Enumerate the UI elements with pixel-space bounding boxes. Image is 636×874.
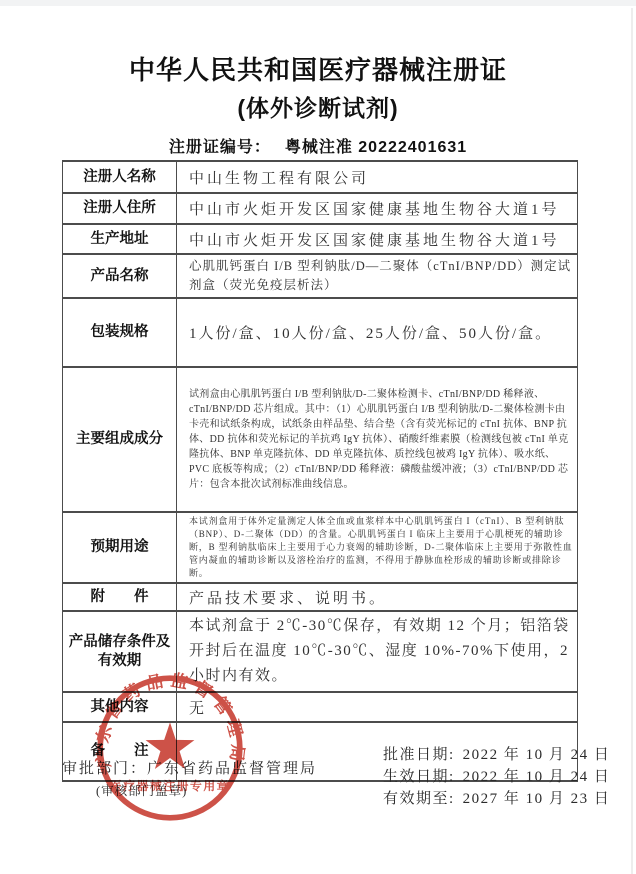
row-value-packaging-spec: 1人份/盒、10人份/盒、25人份/盒、50人份/盒。 <box>177 298 578 367</box>
expiry-date-value: 2027 年 10 月 23 日 <box>463 791 611 807</box>
row-value-storage-validity: 本试剂盒于 2℃-30℃保存，有效期 12 个月；铝箔袋开封后在温度 10℃-3… <box>177 611 578 692</box>
effective-date-line: 生效日期:2022 年 10 月 24 日 <box>383 766 610 788</box>
row-value-main-components: 试剂盒由心肌肌钙蛋白 I/B 型利钠肽/D-二聚体检测卡、cTnI/BNP/DD… <box>177 367 578 512</box>
row-label-intended-use: 预期用途 <box>63 512 177 583</box>
effective-date-value: 2022 年 10 月 24 日 <box>463 769 611 785</box>
effective-date-label: 生效日期: <box>383 769 455 785</box>
row-label-production-address: 生产地址 <box>63 224 177 254</box>
approval-date-label: 批准日期: <box>383 747 455 763</box>
dates-block: 批准日期:2022 年 10 月 24 日 生效日期:2022 年 10 月 2… <box>383 744 610 810</box>
certificate-table: 注册人名称 中山生物工程有限公司 注册人住所 中山市火炬开发区国家健康基地生物谷… <box>62 160 578 782</box>
row-label-attachments: 附 件 <box>63 583 177 611</box>
approval-department-line: 审批部门：广东省药品监督管理局 <box>62 757 317 778</box>
row-label-packaging-spec: 包装规格 <box>63 298 177 367</box>
table-row: 包装规格 1人份/盒、10人份/盒、25人份/盒、50人份/盒。 <box>63 298 578 367</box>
row-value-registrant-name: 中山生物工程有限公司 <box>177 161 578 193</box>
row-value-product-name: 心肌肌钙蛋白 I/B 型利钠肽/D—二聚体（cTnI/BNP/DD）测定试剂盒（… <box>177 254 578 298</box>
row-label-registrant-name: 注册人名称 <box>63 161 177 193</box>
certificate-number-value: 粤械注准 20222401631 <box>285 139 467 156</box>
row-value-intended-use: 本试剂盒用于体外定量测定人体全血或血浆样本中心肌肌钙蛋白 I（cTnI）、B 型… <box>177 512 578 583</box>
row-value-attachments: 产品技术要求、说明书。 <box>177 583 578 611</box>
certificate-number-line: 注册证编号：粤械注准 20222401631 <box>0 134 636 157</box>
registration-certificate-page: 中华人民共和国医疗器械注册证 (体外诊断试剂) 注册证编号：粤械注准 20222… <box>0 0 636 874</box>
table-row: 主要组成成分 试剂盒由心肌肌钙蛋白 I/B 型利钠肽/D-二聚体检测卡、cTnI… <box>63 367 578 512</box>
expiry-date-label: 有效期至: <box>383 791 455 807</box>
table-row: 预期用途 本试剂盒用于体外定量测定人体全血或血浆样本中心肌肌钙蛋白 I（cTnI… <box>63 512 578 583</box>
row-value-other-content: 无 <box>177 692 578 722</box>
table-row: 注册人名称 中山生物工程有限公司 <box>63 161 578 193</box>
table-row: 产品名称 心肌肌钙蛋白 I/B 型利钠肽/D—二聚体（cTnI/BNP/DD）测… <box>63 254 578 298</box>
table-row: 产品储存条件及有效期 本试剂盒于 2℃-30℃保存，有效期 12 个月；铝箔袋开… <box>63 611 578 692</box>
table-row: 其他内容 无 <box>63 692 578 722</box>
approval-date-value: 2022 年 10 月 24 日 <box>463 747 611 763</box>
row-label-product-name: 产品名称 <box>63 254 177 298</box>
expiry-date-line: 有效期至:2027 年 10 月 23 日 <box>383 788 610 810</box>
row-label-other-content: 其他内容 <box>63 692 177 722</box>
row-label-storage-validity: 产品储存条件及有效期 <box>63 611 177 692</box>
row-value-registrant-address: 中山市火炬开发区国家健康基地生物谷大道1号 <box>177 193 578 224</box>
page-top-edge <box>0 0 636 6</box>
row-value-production-address: 中山市火炬开发区国家健康基地生物谷大道1号 <box>177 224 578 254</box>
row-label-registrant-address: 注册人住所 <box>63 193 177 224</box>
table-row: 生产地址 中山市火炬开发区国家健康基地生物谷大道1号 <box>63 224 578 254</box>
page-title: 中华人民共和国医疗器械注册证 <box>0 50 636 87</box>
row-label-main-components: 主要组成成分 <box>63 367 177 512</box>
page-subtitle: (体外诊断试剂) <box>0 90 636 123</box>
table-row: 附 件 产品技术要求、说明书。 <box>63 583 578 611</box>
table-row: 注册人住所 中山市火炬开发区国家健康基地生物谷大道1号 <box>63 193 578 224</box>
approval-date-line: 批准日期:2022 年 10 月 24 日 <box>383 744 610 766</box>
certificate-number-label: 注册证编号： <box>169 139 271 156</box>
approval-seal-note: (审核部门盖章) <box>96 781 187 799</box>
